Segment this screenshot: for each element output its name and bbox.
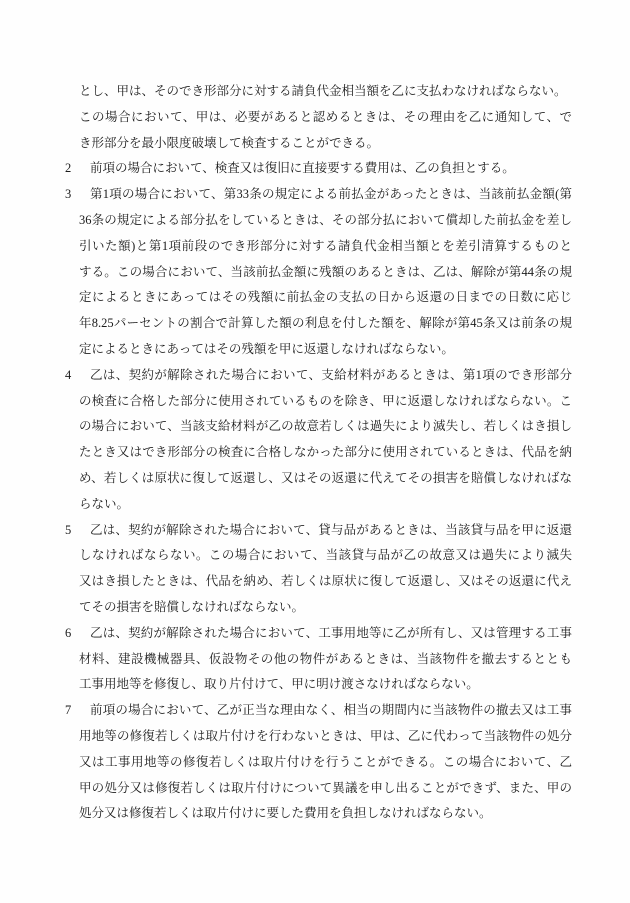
document-body: とし、甲は、そのでき形部分に対する請負代金相当額を乙に支払わなければならない。こ… [65, 79, 572, 827]
text-line: 前項の場合において、乙が正当な理由なく、相当の期間内に当該物件の撤去又は工事 [65, 698, 572, 724]
document-paragraph: とし、甲は、そのでき形部分に対する請負代金相当額を乙に支払わなければならない。こ… [65, 79, 572, 156]
text-line: 定によるときにあってはその残額を甲に返還しなければならない。 [65, 337, 572, 363]
text-line: この場合において、甲は、必要があると認めるときは、その理由を乙に通知して、で [65, 105, 572, 131]
paragraph-number: 3 [65, 182, 71, 208]
text-line: 第1項の場合において、第33条の規定による前払金があったときは、当該前払金額(第 [65, 182, 572, 208]
document-page: とし、甲は、そのでき形部分に対する請負代金相当額を乙に支払わなければならない。こ… [0, 0, 630, 903]
text-line: 工事用地等を修復し、取り片付けて、甲に明け渡さなければならない。 [65, 672, 572, 698]
text-line: の検査に合格した部分に使用されているものを除き、甲に返還しなければならない。こ [65, 389, 572, 415]
text-line: らない。 [65, 492, 572, 518]
text-line: 乙は、契約が解除された場合において、工事用地等に乙が所有し、又は管理する工事 [65, 621, 572, 647]
text-line: 又は工事用地等の修復若しくは取片付けを行うことができる。この場合において、乙は、 [65, 750, 572, 776]
text-line: てその損害を賠償しなければならない。 [65, 595, 572, 621]
text-line: とし、甲は、そのでき形部分に対する請負代金相当額を乙に支払わなければならない。 [65, 79, 572, 105]
text-line: 36条の規定による部分払をしているときは、その部分払において償却した前払金を差し [65, 208, 572, 234]
text-line: しなければならない。この場合において、当該貸与品が乙の故意又は過失により滅失し、 [65, 543, 572, 569]
text-line: する。この場合において、当該前払金額に残額のあるときは、乙は、解除が第44条の規 [65, 260, 572, 286]
text-line: 甲の処分又は修復若しくは取片付けについて異議を申し出ることができず、また、甲の [65, 776, 572, 802]
text-line: め、若しくは原状に復して返還し、又はその返還に代えてその損害を賠償しなければな [65, 466, 572, 492]
paragraph-number: 2 [65, 156, 71, 182]
paragraph-number: 7 [65, 698, 71, 724]
document-paragraph: 2前項の場合において、検査又は復旧に直接要する費用は、乙の負担とする。 [65, 156, 572, 182]
text-line: 年8.25パーセントの割合で計算した額の利息を付した額を、解除が第45条又は前条… [65, 311, 572, 337]
document-paragraph: 6乙は、契約が解除された場合において、工事用地等に乙が所有し、又は管理する工事材… [65, 621, 572, 698]
text-line: の場合において、当該支給材料が乙の故意若しくは過失により滅失し、若しくはき損し [65, 414, 572, 440]
text-line: 乙は、契約が解除された場合において、支給材料があるときは、第1項のでき形部分 [65, 363, 572, 389]
text-line: 引いた額)と第1項前段のでき形部分に対する請負代金相当額とを差引清算するものと [65, 234, 572, 260]
text-line: 用地等の修復若しくは取片付けを行わないときは、甲は、乙に代わって当該物件の処分 [65, 724, 572, 750]
text-line: 乙は、契約が解除された場合において、貸与品があるときは、当該貸与品を甲に返還 [65, 518, 572, 544]
text-line: 処分又は修復若しくは取片付けに要した費用を負担しなければならない。 [65, 801, 572, 827]
text-line: 又はき損したときは、代品を納め、若しくは原状に復して返還し、又はその返還に代え [65, 569, 572, 595]
text-line: 材料、建設機械器具、仮設物その他の物件があるときは、当該物件を撤去するとともに、 [65, 647, 572, 673]
document-paragraph: 5乙は、契約が解除された場合において、貸与品があるときは、当該貸与品を甲に返還し… [65, 518, 572, 621]
document-paragraph: 3第1項の場合において、第33条の規定による前払金があったときは、当該前払金額(… [65, 182, 572, 363]
document-paragraph: 7前項の場合において、乙が正当な理由なく、相当の期間内に当該物件の撤去又は工事用… [65, 698, 572, 827]
text-line: 定によるときにあってはその残額に前払金の支払の日から返還の日までの日数に応じ [65, 285, 572, 311]
text-line: 前項の場合において、検査又は復旧に直接要する費用は、乙の負担とする。 [65, 156, 572, 182]
document-paragraph: 4乙は、契約が解除された場合において、支給材料があるときは、第1項のでき形部分の… [65, 363, 572, 518]
paragraph-number: 4 [65, 363, 71, 389]
paragraph-number: 6 [65, 621, 71, 647]
text-line: たとき又はでき形部分の検査に合格しなかった部分に使用されているときは、代品を納 [65, 440, 572, 466]
paragraph-number: 5 [65, 518, 71, 544]
text-line: き形部分を最小限度破壊して検査することができる。 [65, 131, 572, 157]
